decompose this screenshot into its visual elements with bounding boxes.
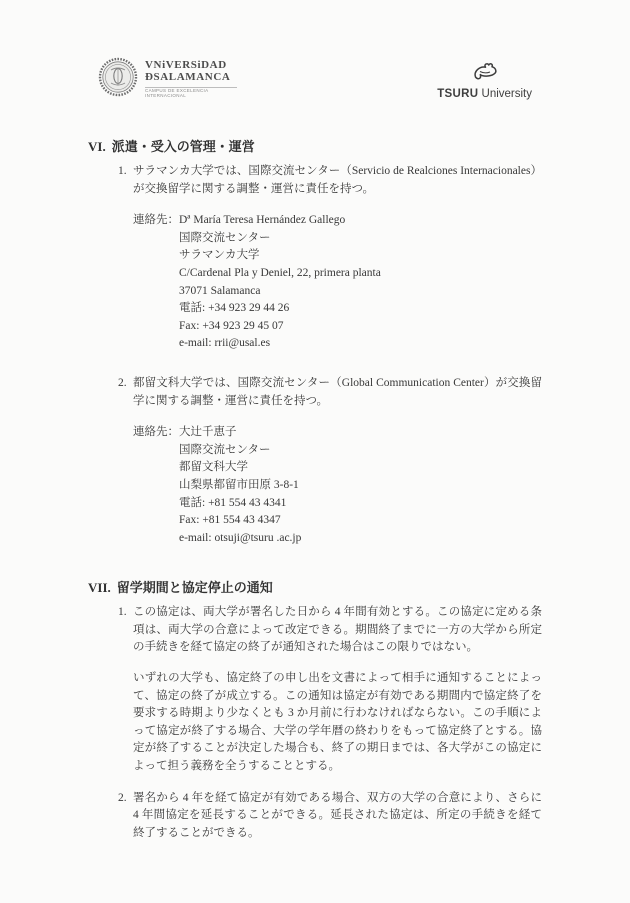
tsuru-wordmark-bold: TSURU (437, 88, 478, 100)
section-vi-item-1-text: サラマンカ大学では、国際交流センター（Servicio de Realcione… (133, 163, 542, 198)
item-number: 1. (118, 604, 133, 775)
contact-address: 山梨県都留市田原 3-8-1 (179, 477, 301, 495)
salamanca-contact-block: 連絡先： Dª María Teresa Hernández Gallego 国… (133, 212, 542, 353)
contact-university: 都留文科大学 (179, 459, 301, 477)
tsuru-wordmark: TSURU University (437, 88, 532, 100)
section-vi-heading: VI.派遣・受入の管理・運営 (88, 136, 542, 155)
tsuru-logo: TSURU University (437, 62, 532, 100)
contact-university: サラマンカ大学 (179, 247, 381, 265)
contact-email: e-mail: rrii@usal.es (179, 335, 381, 353)
section-vi-number: VI. (88, 139, 106, 154)
contact-phone: 電話: +34 923 29 44 26 (179, 300, 381, 318)
section-vi: VI.派遣・受入の管理・運営 1. サラマンカ大学では、国際交流センター（Ser… (88, 136, 542, 577)
section-vii-heading: VII.留学期間と協定停止の通知 (88, 577, 542, 596)
contact-address-line1: C/Cardenal Pla y Deniel, 22, primera pla… (179, 265, 381, 283)
section-vii: VII.留学期間と協定停止の通知 1. この協定は、両大学が署名した日から 4 … (88, 577, 542, 842)
section-vii-item-1-paragraph-1: この協定は、両大学が署名した日から 4 年間有効とする。この協定に定める条項は、… (133, 604, 542, 657)
contact-fax: Fax: +81 554 43 4347 (179, 512, 301, 530)
contact-address-line2: 37071 Salamanca (179, 283, 381, 301)
salamanca-seal-icon (98, 56, 138, 103)
salamanca-wordmark-line2: ÐSALAMANCA (145, 72, 237, 84)
contact-office: 国際交流センター (179, 442, 301, 460)
section-vi-item-2-text: 都留文科大学では、国際交流センター（Global Communication C… (133, 375, 542, 410)
contact-person: 大辻千恵子 (179, 424, 301, 442)
salamanca-campus-subtitle: CAMPUS DE EXCELENCIA INTERNACIONAL (145, 87, 237, 99)
tsuru-crane-icon (472, 69, 498, 86)
section-vii-item-2-paragraph-1: 署名から 4 年を経て協定が有効である場合、双方の大学の合意により、さらに 4 … (133, 790, 542, 843)
item-number: 2. (118, 790, 133, 843)
section-vii-title: 留学期間と協定停止の通知 (117, 580, 273, 595)
item-number: 2. (118, 375, 133, 577)
page-header: VNiVERSiDAD ÐSALAMANCA CAMPUS DE EXCELEN… (98, 56, 538, 110)
contact-office: 国際交流センター (179, 230, 381, 248)
contact-fax: Fax: +34 923 29 45 07 (179, 318, 381, 336)
section-vii-item-1: 1. この協定は、両大学が署名した日から 4 年間有効とする。この協定に定める条… (118, 604, 542, 775)
section-vi-item-2: 2. 都留文科大学では、国際交流センター（Global Communicatio… (118, 375, 542, 577)
section-vii-item-2: 2. 署名から 4 年を経て協定が有効である場合、双方の大学の合意により、さらに… (118, 790, 542, 843)
section-vii-number: VII. (88, 580, 111, 595)
section-vi-title: 派遣・受入の管理・運営 (112, 139, 255, 154)
tsuru-contact-block: 連絡先： 大辻千恵子 国際交流センター 都留文科大学 山梨県都留市田原 3-8-… (133, 424, 542, 547)
contact-person: Dª María Teresa Hernández Gallego (179, 212, 381, 230)
contact-label: 連絡先： (133, 424, 179, 547)
salamanca-logo: VNiVERSiDAD ÐSALAMANCA CAMPUS DE EXCELEN… (98, 56, 237, 103)
contact-phone: 電話: +81 554 43 4341 (179, 495, 301, 513)
section-vii-item-1-paragraph-2: いずれの大学も、協定終了の申し出を文書によって相手に通知することによって、協定の… (133, 670, 542, 776)
section-vi-item-1: 1. サラマンカ大学では、国際交流センター（Servicio de Realci… (118, 163, 542, 375)
contact-email: e-mail: otsuji@tsuru .ac.jp (179, 530, 301, 548)
item-number: 1. (118, 163, 133, 375)
tsuru-wordmark-regular: University (482, 88, 532, 100)
document-page: VNiVERSiDAD ÐSALAMANCA CAMPUS DE EXCELEN… (0, 0, 630, 903)
contact-label: 連絡先： (133, 212, 179, 353)
